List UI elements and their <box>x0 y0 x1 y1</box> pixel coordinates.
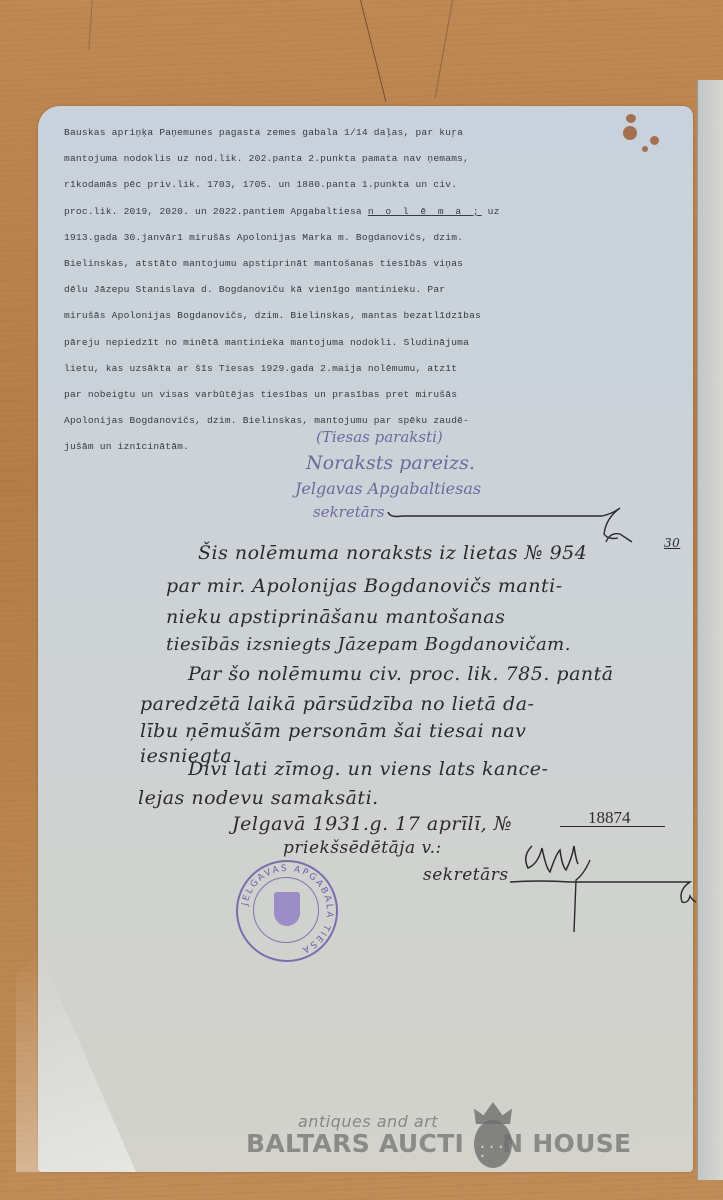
chair-signature <box>0 0 723 1200</box>
svg-text:JELGAVAS APGABALA TIESA: JELGAVAS APGABALA TIESA <box>240 864 334 955</box>
seal-text-path: JELGAVAS APGABALA TIESA <box>240 864 334 955</box>
court-seal: JELGAVAS APGABALA TIESA <box>236 860 338 962</box>
seal-text: JELGAVAS APGABALA TIESA <box>238 862 336 960</box>
